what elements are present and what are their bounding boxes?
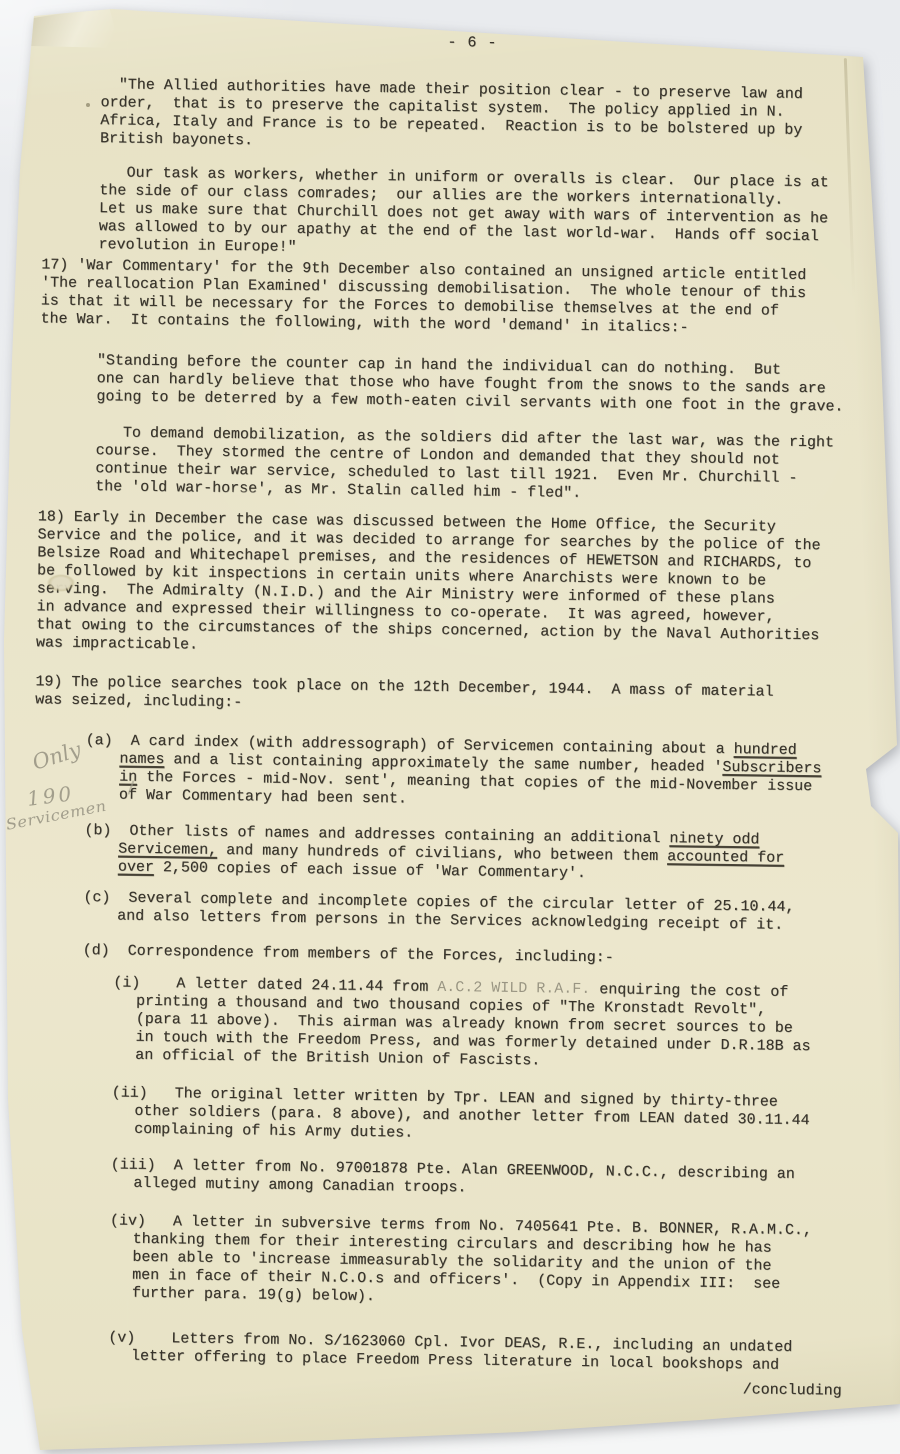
- margin-note-line-1: Only: [30, 737, 84, 774]
- sub-item-iii: (iii) A letter from No. 97001878 Pte. Al…: [133, 1157, 883, 1203]
- paragraph-17: 17) 'War Commentary' for the 9th Decembe…: [40, 256, 896, 340]
- underlined-text: Subscribers: [722, 759, 821, 777]
- sub-item-iv: (iv) A letter in subversive terms from N…: [132, 1213, 883, 1313]
- page-number: - 6 -: [447, 34, 899, 58]
- paper-shadow-wrap: - 6 - "The Allied authorities have made …: [0, 0, 900, 1454]
- underlined-text: accounted for: [667, 848, 784, 867]
- underlined-text: hundred: [734, 741, 797, 759]
- list-item-d: (d) Correspondence from members of the F…: [117, 942, 887, 971]
- catchword: /concluding: [742, 1381, 880, 1401]
- quoted-paragraph-standing: "Standing before the counter cap in hand…: [96, 352, 895, 417]
- quoted-paragraph-our-task: Our task as workers, whether in uniform …: [98, 164, 897, 265]
- scan-background: - 6 - "The Allied authorities have made …: [0, 0, 900, 1454]
- paragraph-18: 18) Early in December the case was discu…: [36, 508, 893, 664]
- sub-item-i: (i) A letter dated 24.11.44 from A.C.2 W…: [135, 975, 886, 1075]
- typewritten-content: - 6 - "The Allied authorities have made …: [0, 0, 900, 1401]
- handwritten-margin-note: Only 190 Servicemen: [0, 740, 170, 855]
- list-item-a: (a) A card index (with addressograph) of…: [119, 732, 890, 815]
- faded-text: A.C.2 WILD R.A.F.: [437, 979, 590, 998]
- pencil-tick-mark: [127, 780, 134, 795]
- sub-item-v: (v) Letters from No. S/1623060 Cpl. Ivor…: [131, 1330, 881, 1376]
- quoted-paragraph-allied: "The Allied authorities have made their …: [100, 76, 899, 159]
- document-body: "The Allied authorities have made their …: [0, 75, 899, 1376]
- paragraph-19: 19) The police searches took place on th…: [35, 673, 890, 721]
- text-line: (d) Correspondence from members of the F…: [117, 942, 887, 971]
- sub-item-ii: (ii) The original letter written by Tpr.…: [134, 1085, 885, 1149]
- document-page: - 6 - "The Allied authorities have made …: [0, 0, 900, 1454]
- underlined-text: over: [118, 858, 154, 876]
- list-item-c: (c) Several complete and incomplete copi…: [117, 889, 887, 936]
- quoted-paragraph-demand: To demand demobilization, as the soldier…: [95, 424, 894, 507]
- paper-speck: [86, 103, 90, 107]
- underlined-text: ninety odd: [669, 830, 759, 848]
- list-item-b: (b) Other lists of names and addresses c…: [118, 822, 889, 887]
